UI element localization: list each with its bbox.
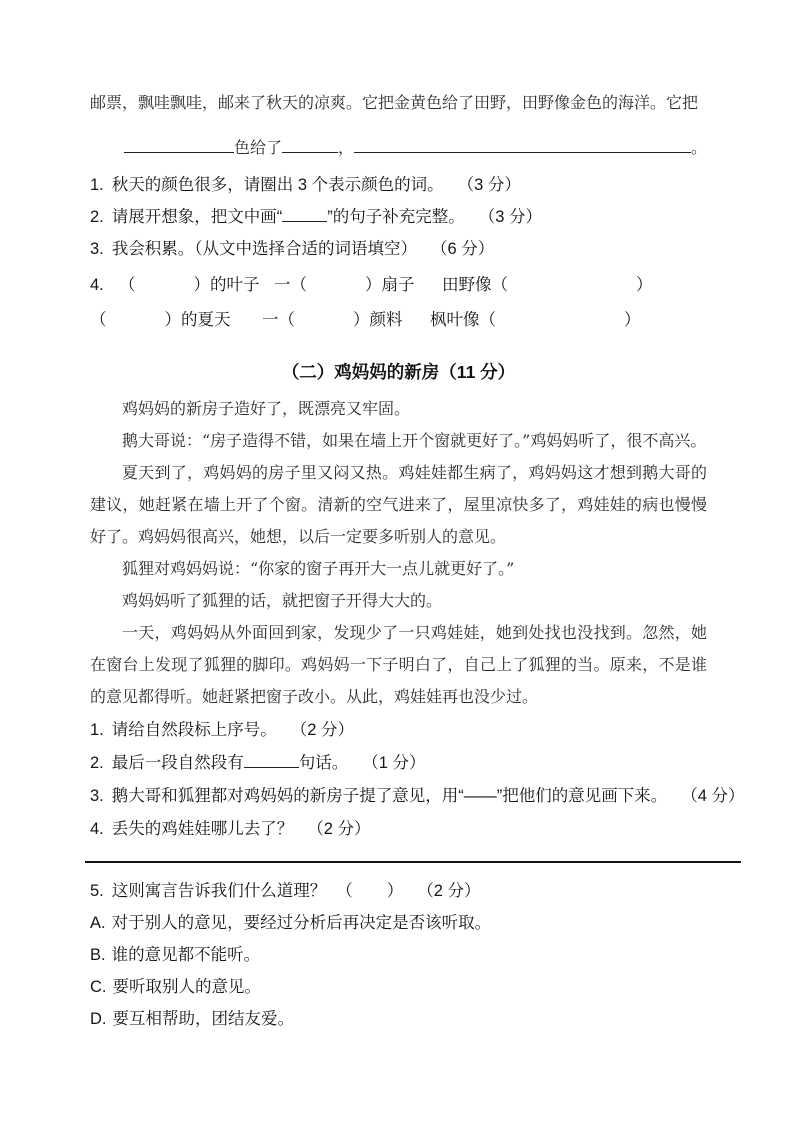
paren-close: ） [387,882,404,900]
choice-option-a: A. 对于别人的意见，要经过分析后再决定是否该听取。 [90,908,707,938]
paren-close-text: ）扇子 [365,276,415,294]
option-text: 要互相帮助，团结友爱。 [113,1004,295,1034]
fill-blank [282,151,338,153]
score-badge: （2 分） [307,814,370,844]
option-label: D. [90,1004,107,1034]
question-text: 请给自然段标上序号。 [112,715,277,745]
question-number: 3. [90,781,104,811]
option-label: B. [90,940,106,970]
question-s3-5: 5. 这则寓言告诉我们什么道理？ （） （2 分） [90,876,707,906]
fill-blank [124,151,234,153]
section-multiple-choice: 5. 这则寓言告诉我们什么道理？ （） （2 分） A. 对于别人的意见，要经过… [90,876,707,1034]
question-text: 这则寓言告诉我们什么道理？ [112,876,327,906]
section-passage-two: （二）鸡妈妈的新房（11 分） 鸡妈妈的新房子造好了，既漂亮又牢固。 鹅大哥说：… [90,357,707,844]
question-number: 1. [90,715,104,745]
fill-cell: 一（）扇子 [274,270,442,300]
question-text-post: ”的句子补充完整。 [327,202,465,232]
blank-line-mid-text: 色给了 [234,133,282,163]
question-number: 4. [90,270,119,300]
passage-one-line: 邮票，飘哇飘哇，邮来了秋天的凉爽。它把金黄色给了田野，田野像金色的海洋。它把 [90,88,707,118]
score-badge: （2 分） [291,715,354,745]
option-text: 对于别人的意见，要经过分析后再决定是否该听取。 [112,908,492,938]
question-s1-4-row2: （）的夏天 一（）颜料 枫叶像（） [90,305,707,335]
option-text: 谁的意见都不能听。 [112,940,261,970]
question-s2-3: 3. 鹅大哥和狐狸都对鸡妈妈的新房子提了意见，用“——”把他们的意见画下来。 （… [90,781,707,811]
paren-close-text: ）的叶子 [194,276,260,294]
score-badge: （1 分） [362,748,425,778]
blank-line-period: 。 [691,133,707,163]
passage-paragraph: 狐狸对鸡妈妈说：“你家的窗子再开大一点儿就更好了。” [90,553,707,585]
passage-paragraph: 夏天到了，鸡妈妈的房子里又闷又热。鸡娃娃都生病了，鸡妈妈这才想到鹅大哥的建议，她… [90,457,707,553]
fill-gap [136,289,194,290]
fill-gap [496,324,624,325]
fill-cell: （）的夏天 [90,305,262,335]
page-divider-line [85,861,741,863]
question-number: 5. [90,876,104,906]
question-text: 鹅大哥和狐狸都对鸡妈妈的新房子提了意见，用“——”把他们的意见画下来。 [112,781,668,811]
question-s1-4-row1: 4. （）的叶子 一（）扇子 田野像（） [90,270,707,300]
paren-open: 田野像（ [442,276,508,294]
passage-paragraph: 鸡妈妈的新房子造好了，既漂亮又牢固。 [90,393,707,425]
choice-option-c: C. 要听取别人的意见。 [90,972,707,1002]
question-text: 秋天的颜色很多，请圈出 3 个表示颜色的词。 [112,170,444,200]
paren-close-text: ）的夏天 [165,311,231,329]
option-label: A. [90,908,106,938]
paren-open: （ [90,311,107,329]
fill-gap [508,289,636,290]
question-s1-1: 1. 秋天的颜色很多，请圈出 3 个表示颜色的词。 （3 分） [90,170,707,200]
paren-open: 一（ [274,276,307,294]
score-badge: （3 分） [458,170,521,200]
question-number: 4. [90,814,104,844]
paren-open: （ [119,276,136,294]
fill-blank [282,220,327,222]
fill-gap [307,289,365,290]
paren-close-text: ） [624,311,641,329]
question-s1-2: 2. 请展开想象，把文中画“ ”的句子补充完整。 （3 分） [90,202,707,232]
question-number: 2. [90,202,104,232]
section-passage-one: 邮票，飘哇飘哇，邮来了秋天的凉爽。它把金黄色给了田野，田野像金色的海洋。它把 色… [90,88,707,335]
score-badge: （2 分） [417,876,480,906]
fill-gap [107,324,165,325]
passage-one-blank-line: 色给了 ， 。 [124,133,707,163]
option-text: 要听取别人的意见。 [113,972,262,1002]
question-s2-1: 1. 请给自然段标上序号。 （2 分） [90,715,707,745]
section-title: （二）鸡妈妈的新房（11 分） [90,357,707,387]
question-text: 丢失的鸡娃娃哪儿去了？ [112,814,294,844]
question-number: 1. [90,170,104,200]
paren-open: 枫叶像（ [430,311,496,329]
question-text: 我会积累。（从文中选择合适的词语填空） [112,234,417,264]
answer-parentheses: （） [336,876,403,906]
question-number: 3. [90,234,104,264]
passage-paragraph: 鹅大哥说：“房子造得不错，如果在墙上开个窗就更好了。”鸡妈妈听了，很不高兴。 [90,425,707,457]
fill-gap [295,324,353,325]
fill-blank [244,766,299,768]
fill-cell: 田野像（） [442,270,707,300]
fill-cell: 一（）颜料 [262,305,430,335]
question-text-pre: 请展开想象，把文中画“ [112,202,283,232]
passage-two-body: 鸡妈妈的新房子造好了，既漂亮又牢固。 鹅大哥说：“房子造得不错，如果在墙上开个窗… [90,393,707,713]
paren-open: （ [336,882,353,900]
score-badge: （4 分） [681,781,744,811]
question-text-post: 句话。 [299,748,349,778]
question-s2-2: 2. 最后一段自然段有 句话。 （1 分） [90,748,707,778]
paren-close-text: ）颜料 [353,311,403,329]
fill-cell: （）的叶子 [119,270,274,300]
answer-gap [353,895,387,896]
fill-cell: 枫叶像（） [430,305,707,335]
choice-option-d: D. 要互相帮助，团结友爱。 [90,1004,707,1034]
score-badge: （3 分） [479,202,542,232]
passage-paragraph: 鸡妈妈听了狐狸的话，就把窗子开得大大的。 [90,585,707,617]
score-badge: （6 分） [431,234,494,264]
paren-open: 一（ [262,311,295,329]
option-label: C. [90,972,107,1002]
question-text-pre: 最后一段自然段有 [112,748,244,778]
paren-close-text: ） [636,276,653,294]
question-s1-3: 3. 我会积累。（从文中选择合适的词语填空） （6 分） [90,234,707,264]
question-number: 2. [90,748,104,778]
exam-paper-page: 邮票，飘哇飘哇，邮来了秋天的凉爽。它把金黄色给了田野，田野像金色的海洋。它把 色… [0,0,793,1122]
passage-paragraph: 一天，鸡妈妈从外面回到家，发现少了一只鸡娃娃，她到处找也没找到。忽然，她在窗台上… [90,617,707,713]
choice-option-b: B. 谁的意见都不能听。 [90,940,707,970]
question-s2-4: 4. 丢失的鸡娃娃哪儿去了？ （2 分） [90,814,707,844]
blank-line-comma: ， [338,133,354,163]
fill-blank [354,151,691,153]
